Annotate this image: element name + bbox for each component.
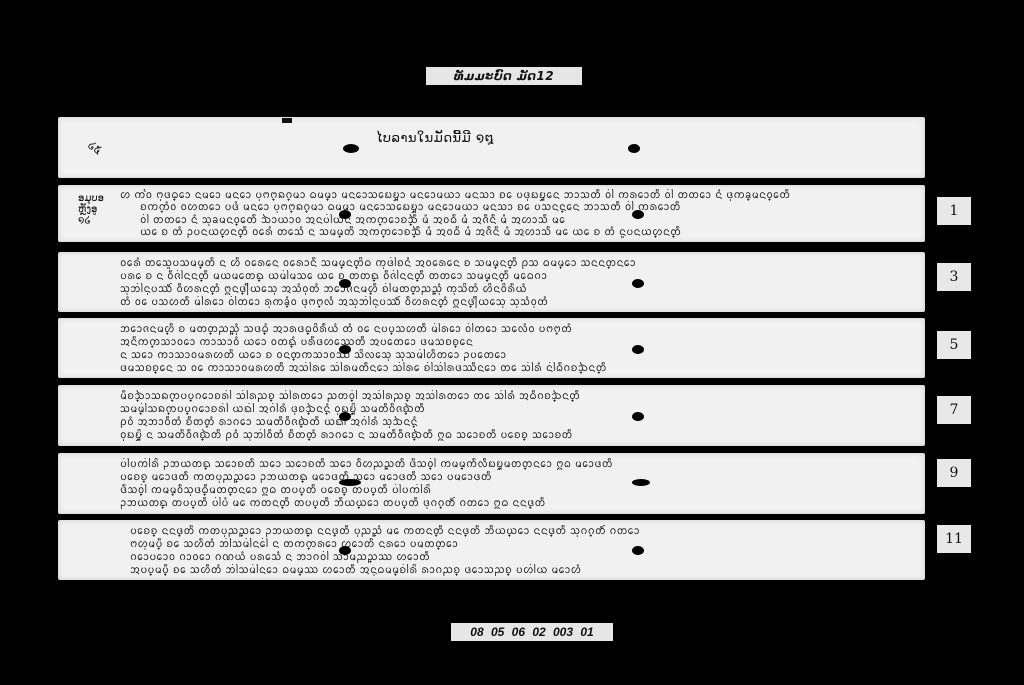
page-number-tag: 1 xyxy=(937,197,971,225)
cover-margin-note: ໒໕ xyxy=(86,138,105,157)
text-line: ᩑᩅᩴ ᩋᨽᩣᩅᩥᨲᩴ ᨧᩥᨲ᩠ᨲᩴ ᩁᩣᨣᩮᩣ ᩈᨾᨲᩥᩅᩥᨩ᩠ᨫᨲᩥ ᨿᨳᩤ… xyxy=(120,416,925,428)
cover-title: ໄບລານໃນມັດນີ້ມີ ໑໘ xyxy=(376,131,494,146)
binding-hole-right xyxy=(632,345,644,354)
text-line: ᩋᨷ᩠ᨷᨾ᩠ᨷᩥ ᨧᩮ ᩈᩉᩥᨲᩴ ᨽᩤᩈᨾᩤᨶᩮᩣ ᨵᨾ᩠ᨾᩔ ᩉᩮᩣᨲᩥ ᩋ… xyxy=(130,564,925,576)
binding-hole-left xyxy=(339,412,351,421)
text-line: ᨾᩥᨧ᩠ᨨᩣᩈᨦ᩠ᨠᨷ᩠ᨷᨣᩮᩣᨧᩁᩤ ᩈᩤᩁᨬ᩠ᨧ ᩈᩤᩁᨲᩮᩣ ᨬᨲ᩠ᩅᩤ … xyxy=(120,390,925,402)
text-line: ᨲᩴ ᩅᩮ ᨷᩈᩉᨲᩥ ᨾᩤᩁᩮᩣ ᩅᩤᨲᩮᩣ ᩁᩩᨠ᩠ᨡᩴᩅ ᨴᩩᨻ᩠ᨻᩃᩴ … xyxy=(120,296,925,308)
page-number-tag: 7 xyxy=(937,396,971,424)
text-line: ᨿᩮ ᨧ ᨲᩴ ᩏᨷᨶᨿ᩠ᩉᨶ᩠ᨲᩥ ᩅᩮᩁᩴ ᨲᩮᩈᩴ ᨶ ᩈᨾ᩠ᨾᨲᩥ ᩋᨠ… xyxy=(120,226,925,238)
binding-hole-right xyxy=(632,546,644,555)
text-line: ᨷᩮᨧ᩠ᨧ ᨾᩮᩣᨴᨲᩥ ᨠᨲᨷᩩᨬ᩠ᨬᩮᩣ ᩏᨽᨿᨲ᩠ᨳ ᨾᩮᩣᨴᨲᩥ ᩈᩮᩣ… xyxy=(120,471,925,483)
binding-hole-left xyxy=(343,144,359,153)
binding-hole-right xyxy=(628,144,640,153)
ink-mark xyxy=(282,118,292,123)
text-line: ᩅᩤ ᨲᨲᩮᩣ ᨶᩴ ᩈᩩᨡᨾᨶ᩠ᩅᩮᨲᩥ ᨨᩣᨿᩣᩅ ᩋᨶᨷᩤᨿᩥᨶᩦ ᩋᨠ᩠… xyxy=(120,214,925,226)
palm-leaf-page-7: ᨾᩥᨧ᩠ᨨᩣᩈᨦ᩠ᨠᨷ᩠ᨷᨣᩮᩣᨧᩁᩤ ᩈᩤᩁᨬ᩠ᨧ ᩈᩤᩁᨲᩮᩣ ᨬᨲ᩠ᩅᩤ … xyxy=(58,385,925,446)
text-line: ᨻᩉᩩᨾ᩠ᨷᩥ ᨧᩮ ᩈᩉᩥᨲᩴ ᨽᩤᩈᨾᩤᨶᩮᩤ ᨶ ᨲᨠ᩠ᨠᩁᩮᩣ ᩉᩮᩣᨲ… xyxy=(130,538,925,550)
text-line: ᨽᩮᩣᨩᨶᨾ᩠ᩉᩥ ᨧ ᨾᨲ᩠ᨲᨬ᩠ᨬᩩᩴ ᩈᨴ᩠ᨵᩴ ᩋᩣᩁᨴ᩠ᨵᩅᩦᩁᩥᨿᩴ… xyxy=(120,323,925,335)
binding-hole-right xyxy=(632,210,644,219)
archive-code-label: 08 05 06 02 003 01 xyxy=(451,623,613,641)
bundle-title-label: ທັມມະບົດ ມັດ12 xyxy=(426,67,582,85)
text-line: ᩈᩩᨽᩤᨶᩩᨷᩔᩥᩴ ᩅᩥᩉᩁᨶ᩠ᨲᩴ ᩍᨶ᩠ᨴᩕᩥᨿᩮᩈᩩ ᩋᩈᩴᩅᩩᨲᩴ ᨽ… xyxy=(120,283,925,295)
text-line: ᨷᩁᩮ ᨧ ᨶ ᩅᩥᨩᩤᨶᨶ᩠ᨲᩥ ᨾᨿᨾᩮᨲ᩠ᨳ ᨿᨾᩤᨾᩈᩮ ᨿᩮ ᨧ ᨲᨲ… xyxy=(120,270,925,282)
page-number-tag: 11 xyxy=(937,525,971,553)
binding-hole-left xyxy=(339,345,351,354)
binding-hole-left xyxy=(339,279,351,288)
page-number-tag: 9 xyxy=(937,459,971,487)
cover-leaf: ໒໕ ໄບລານໃນມັດນີ້ມີ ໑໘ xyxy=(58,117,925,178)
palm-leaf-page-1: ອມຸບອ ຫຼັງອູ ໑໒ ᩉ ᨠᩘᩅ ᨻᩩᨴ᩠ᨵᩮᩣ ᨶᨾᩮᩣ ᨾᨶᩮᩣ … xyxy=(58,185,925,242)
binding-hole-left xyxy=(339,546,351,555)
palm-leaf-page-3: ᩅᩮᩁᩴ ᨲᩮᩈᩪᨷᩈᨾ᩠ᨾᨲᩥ ᨶ ᩉᩥ ᩅᩮᩁᩮᨶ ᩅᩮᩁᩣᨶᩥ ᩈᨾ᩠ᨾᨶ… xyxy=(58,252,925,312)
text-line: ᩅᩩᨭ᩠ᨮᩦ ᨶ ᩈᨾᨲᩥᩅᩥᨩ᩠ᨫᨲᩥ ᩑᩅᩴ ᩈᩩᨽᩤᩅᩥᨲᩴ ᨧᩥᨲ᩠ᨲᩴ… xyxy=(120,429,925,441)
leaf-margin-note: ອມຸບອ ຫຼັງອູ ໑໒ xyxy=(78,193,110,226)
palm-leaf-page-11: ᨷᩮᨧ᩠ᨧ ᨶᨶ᩠ᨴᨲᩥ ᨠᨲᨷᩩᨬ᩠ᨬᩮᩣ ᩏᨽᨿᨲ᩠ᨳ ᨶᨶ᩠ᨴᨲᩥ ᨷᩩᨬ… xyxy=(58,520,925,580)
text-line: ᩏᨽᨿᨲ᩠ᨳ ᨲᨷ᩠ᨷᨲᩥ ᨷᩤᨷᩴ ᨾᩮ ᨠᨲᨶ᩠ᨲᩥ ᨲᨷ᩠ᨷᨲᩥ ᨽᩥᨿ᩠… xyxy=(120,497,925,509)
binding-hole-left xyxy=(339,479,361,486)
text-line: ᩋᨶᩥᨠ᩠ᨠᩈᩣᩅᩮᩣ ᨠᩣᩈᩣᩅᩴ ᨿᩮᩣ ᩅᨲ᩠ᨳᩴ ᨷᩁᩥᨴᩉᩮᩔᨲᩥ ᩋ… xyxy=(120,336,925,348)
palm-leaf-page-9: ᨷᩤᨷᨠᩤᩁᩦ ᩏᨽᨿᨲ᩠ᨳ ᩈᩮᩣᨧᨲᩥ ᩈᩮᩣ ᩈᩮᩣᨧᨲᩥ ᩈᩮᩣ ᩅᩥᩉ… xyxy=(58,453,925,514)
text-line: ᨷᩮᨧ᩠ᨧ ᨶᨶ᩠ᨴᨲᩥ ᨠᨲᨷᩩᨬ᩠ᨬᩮᩣ ᩏᨽᨿᨲ᩠ᨳ ᨶᨶ᩠ᨴᨲᩥ ᨷᩩᨬ… xyxy=(130,525,925,537)
page-number-tag: 3 xyxy=(937,263,971,291)
text-line: ᩈᨾ᩠ᨾᩤᩈᨦ᩠ᨠᨷ᩠ᨷᨣᩮᩣᨧᩁᩤ ᨿᨳᩤ ᩋᨣᩤᩁᩴ ᨴᩩᨧ᩠ᨨᨶ᩠ᨶᩴ ᩅ… xyxy=(120,403,925,415)
text-line: ᩉ ᨠᩘᩅ ᨻᩩᨴ᩠ᨵᩮᩣ ᨶᨾᩮᩣ ᨾᨶᩮᩣ ᨷᩩᨻ᩠ᨻᨦ᩠ᨣᨾᩣ ᨵᨾ᩠ᨾᩣ… xyxy=(120,189,925,201)
binding-hole-left xyxy=(339,210,351,219)
binding-hole-right xyxy=(632,279,644,288)
text-line: ᨴᩥᩈ᩠ᩅᩤ ᨠᨾ᩠ᨾᩅᩥᩈᩩᨴ᩠ᨵᩥᨾᨲ᩠ᨲᨶᩮᩣ ᩍᨵ ᨲᨷ᩠ᨷᨲᩥ ᨷᩮᨧ… xyxy=(120,484,925,496)
text-line: ᨴᨾᩈᨧ᩠ᨧᩮᨶ ᩈ ᩅᩮ ᨠᩣᩈᩣᩅᨾᩁᩉᨲᩥ ᩋᩈᩤᩁᩮ ᩈᩤᩁᨾᨲᩥᨶᩮᩣ… xyxy=(120,362,925,374)
text-line: ᨷᩤᨷᨠᩤᩁᩦ ᩏᨽᨿᨲ᩠ᨳ ᩈᩮᩣᨧᨲᩥ ᩈᩮᩣ ᩈᩮᩣᨧᨲᩥ ᩈᩮᩣ ᩅᩥᩉ… xyxy=(120,458,925,470)
text-line: ᨣᩮᩣᨷᩮᩣᩅ ᨣᩣᩅᩮᩣ ᨣᨱᨿᩴ ᨷᩁᩮᩈᩴ ᨶ ᨽᩣᨣᩅᩤ ᩈᩣᨾᨬ᩠ᨬᩔ… xyxy=(130,551,925,563)
binding-hole-right xyxy=(632,479,650,486)
text-line: ᩅᩮᩁᩴ ᨲᩮᩈᩪᨷᩈᨾ᩠ᨾᨲᩥ ᨶ ᩉᩥ ᩅᩮᩁᩮᨶ ᩅᩮᩁᩣᨶᩥ ᩈᨾ᩠ᨾᨶ… xyxy=(120,257,925,269)
palm-leaf-page-5: ᨽᩮᩣᨩᨶᨾ᩠ᩉᩥ ᨧ ᨾᨲ᩠ᨲᨬ᩠ᨬᩩᩴ ᩈᨴ᩠ᨵᩴ ᩋᩣᩁᨴ᩠ᨵᩅᩦᩁᩥᨿᩴ… xyxy=(58,318,925,378)
text-line: ᨶ ᩈᩮᩣ ᨠᩣᩈᩣᩅᨾᩁᩉᨲᩥ ᨿᩮᩣ ᨧ ᩅᨶ᩠ᨲᨠᩈᩣᩅᩔ ᩈᩦᩃᩮᩈᩩ … xyxy=(120,349,925,361)
page-number-tag: 5 xyxy=(937,331,971,359)
text-line: ᨧᨠ᩠ᨠᩴᩅ ᩅᩉᨲᩮᩣ ᨷᨴᩴ ᨾᨶᩮᩣ ᨷᩩᨻ᩠ᨻᨦ᩠ᨣᨾᩣ ᨵᨾ᩠ᨾᩣ ᨾ… xyxy=(120,201,925,213)
binding-hole-right xyxy=(632,412,644,421)
